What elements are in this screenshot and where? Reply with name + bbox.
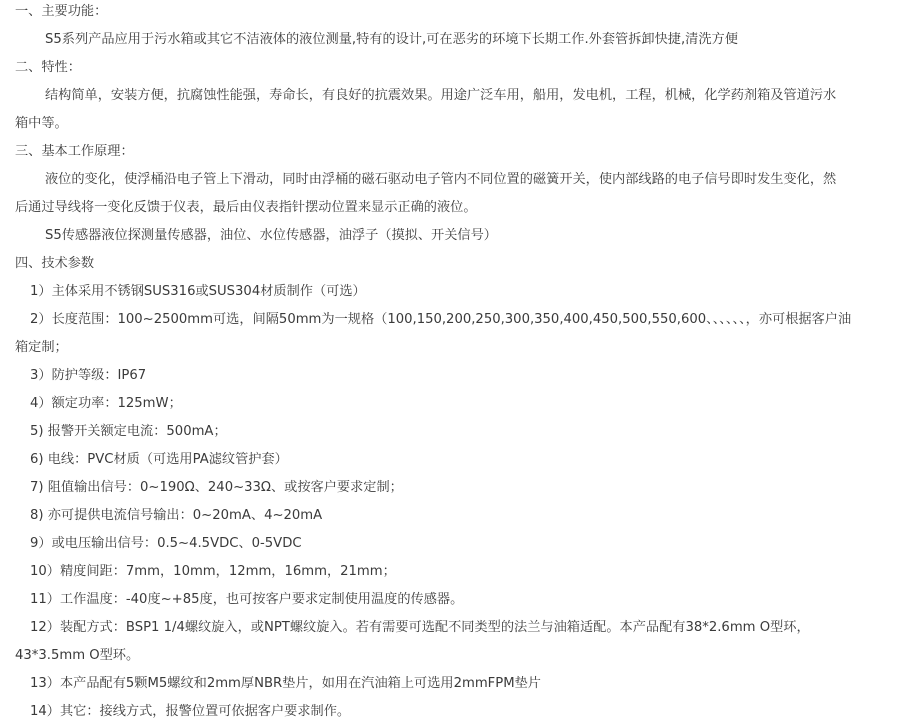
product-description-document: 一、主要功能： S5系列产品应用于污水箱或其它不洁液体的液位测量,特有的设计,可…	[0, 0, 885, 726]
spec-item-2-continued: 箱定制；	[15, 334, 885, 362]
spec-item-13: 13）本产品配有5颗M5螺纹和2mm厚NBR垫片，如用在汽油箱上可选用2mmFP…	[15, 670, 885, 698]
section-heading-working-principle: 三、基本工作原理：	[15, 138, 885, 166]
section-heading-features: 二、特性：	[15, 54, 885, 82]
spec-item-12-continued: 43*3.5mm O型环。	[15, 642, 885, 670]
spec-item-5: 5) 报警开关额定电流：500mA；	[15, 418, 885, 446]
features-text-line-2: 箱中等。	[15, 110, 885, 138]
spec-item-8: 8) 亦可提供电流信号输出：0~20mA、4~20mA	[15, 502, 885, 530]
principle-text-line-1: 液位的变化，使浮桶沿电子管上下滑动，同时由浮桶的磁石驱动电子管内不同位置的磁簧开…	[15, 166, 885, 194]
spec-item-1: 1）主体采用不锈钢SUS316或SUS304材质制作（可选）	[15, 278, 885, 306]
main-functions-text: S5系列产品应用于污水箱或其它不洁液体的液位测量,特有的设计,可在恶劣的环境下长…	[15, 26, 885, 54]
spec-item-9: 9）或电压输出信号：0.5~4.5VDC、0-5VDC	[15, 530, 885, 558]
spec-item-4: 4）额定功率：125mW；	[15, 390, 885, 418]
spec-item-2: 2）长度范围：100~2500mm可选，间隔50mm为一规格（100,150,2…	[15, 306, 885, 334]
principle-sensor-types: S5传感器液位探测量传感器，油位、水位传感器，油浮子（摸拟、开关信号）	[15, 222, 885, 250]
spec-item-3: 3）防护等级：IP67	[15, 362, 885, 390]
section-heading-main-functions: 一、主要功能：	[15, 0, 885, 26]
spec-item-7: 7) 阻值输出信号：0~190Ω、240~33Ω、或按客户要求定制；	[15, 474, 885, 502]
spec-item-10: 10）精度间距：7mm，10mm，12mm，16mm，21mm；	[15, 558, 885, 586]
spec-item-12: 12）装配方式：BSP1 1/4螺纹旋入，或NPT螺纹旋入。若有需要可选配不同类…	[15, 614, 885, 642]
principle-text-line-2: 后通过导线将一变化反馈于仪表，最后由仪表指针摆动位置来显示正确的液位。	[15, 194, 885, 222]
section-heading-technical-parameters: 四、技术参数	[15, 250, 885, 278]
spec-item-14: 14）其它：接线方式，报警位置可依据客户要求制作。	[15, 698, 885, 726]
spec-item-6: 6) 电线：PVC材质（可选用PA滤纹管护套）	[15, 446, 885, 474]
features-text-line-1: 结构简单，安装方便，抗腐蚀性能强，寿命长，有良好的抗震效果。用途广泛车用，船用，…	[15, 82, 885, 110]
spec-item-11: 11）工作温度：-40度~+85度，也可按客户要求定制使用温度的传感器。	[15, 586, 885, 614]
